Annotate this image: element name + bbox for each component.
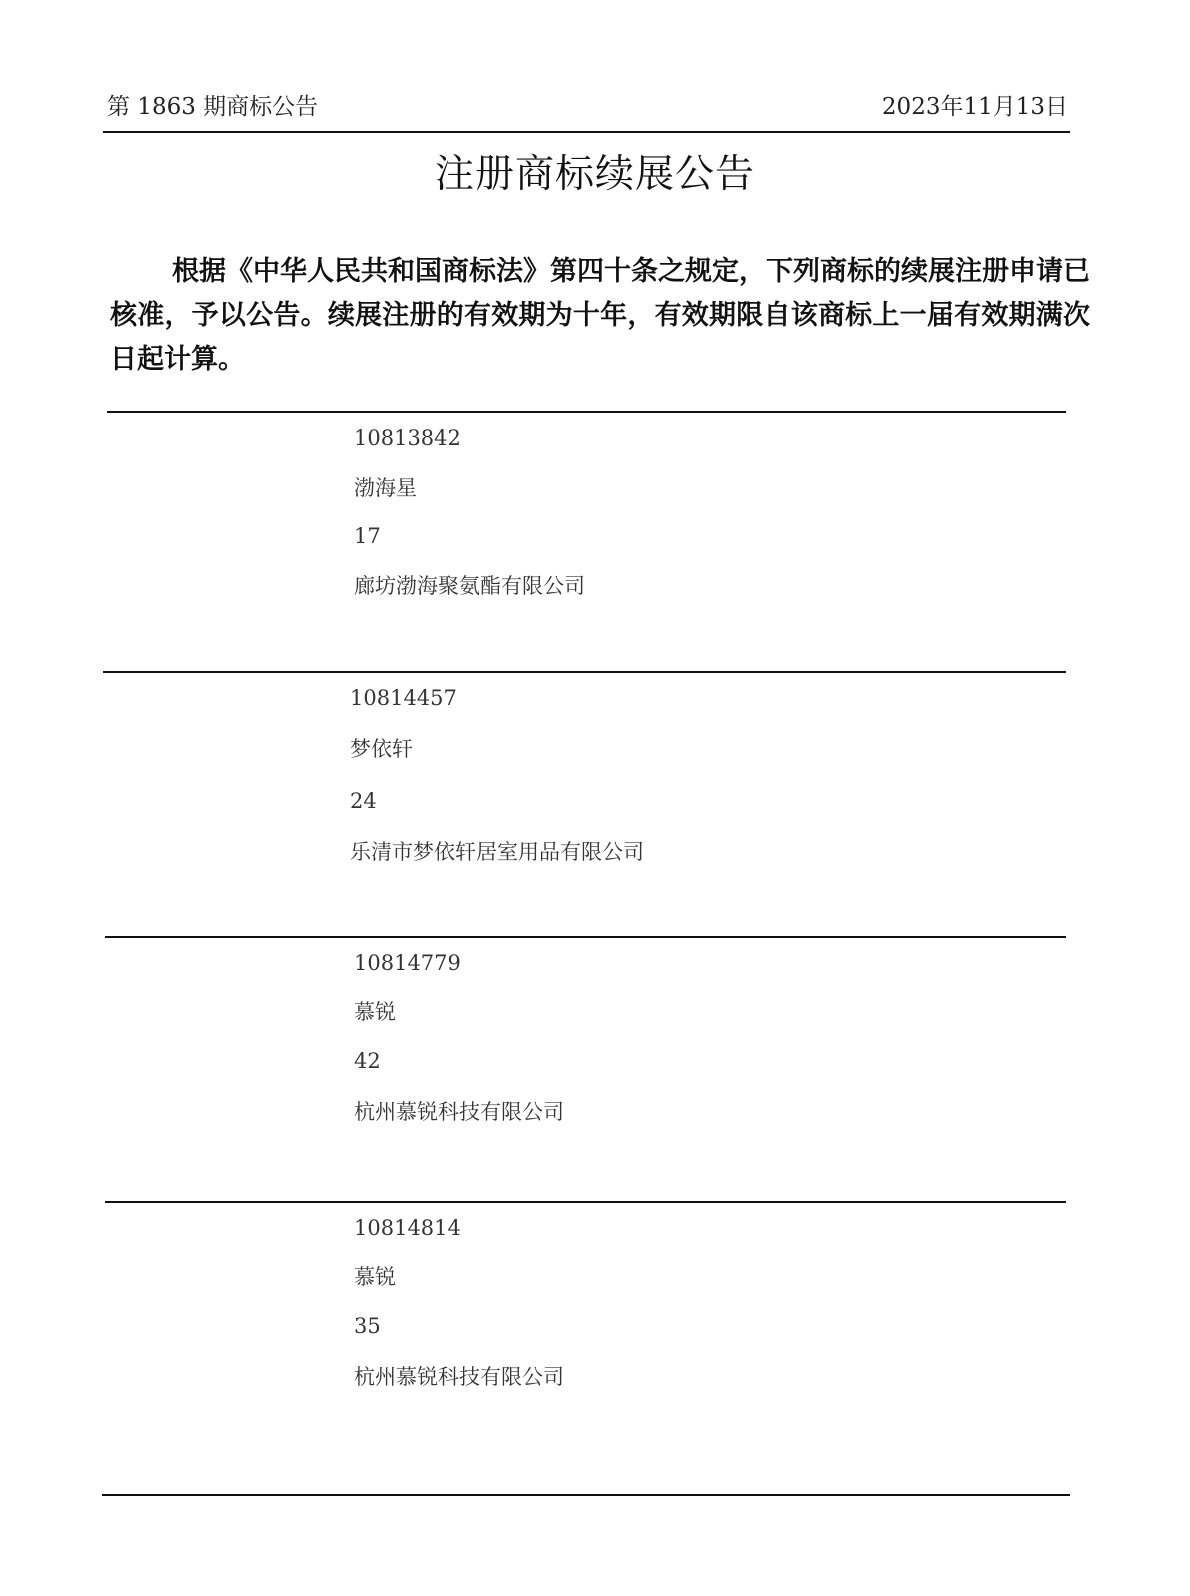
class-value: 24 (350, 784, 377, 818)
footer-divider (102, 1494, 1070, 1496)
registrant-value: 杭州慕锐科技有限公司 (354, 1095, 564, 1129)
trademark-value: 梦依轩 (350, 732, 413, 766)
page-title: 注册商标续展公告 (0, 150, 1190, 200)
reg-no-value: 10813842 (354, 421, 461, 455)
trademark-value: 渤海星 (354, 471, 417, 505)
registrant-value: 廊坊渤海聚氨酯有限公司 (354, 569, 585, 603)
class-value: 17 (354, 519, 381, 553)
trademark-value: 慕锐 (354, 995, 396, 1029)
record-divider (105, 1201, 1066, 1203)
header-divider (103, 131, 1070, 133)
record-divider (107, 411, 1066, 413)
reg-no-value: 10814457 (350, 681, 457, 715)
publication-date: 2023年11月13日 (882, 92, 1068, 122)
issue-number: 第 1863 期商标公告 (107, 92, 318, 122)
registrant-value: 杭州慕锐科技有限公司 (354, 1360, 564, 1394)
class-value: 42 (354, 1044, 381, 1078)
reg-no-value: 10814814 (354, 1211, 461, 1245)
record-divider (105, 936, 1066, 938)
trademark-value: 慕锐 (354, 1260, 396, 1294)
reg-no-value: 10814779 (354, 946, 461, 980)
record-divider (103, 671, 1066, 673)
class-value: 35 (354, 1309, 381, 1343)
intro-paragraph: 根据《中华人民共和国商标法》第四十条之规定，下列商标的续展注册申请已核准，予以公… (110, 250, 1090, 382)
registrant-value: 乐清市梦依轩居室用品有限公司 (350, 835, 644, 869)
